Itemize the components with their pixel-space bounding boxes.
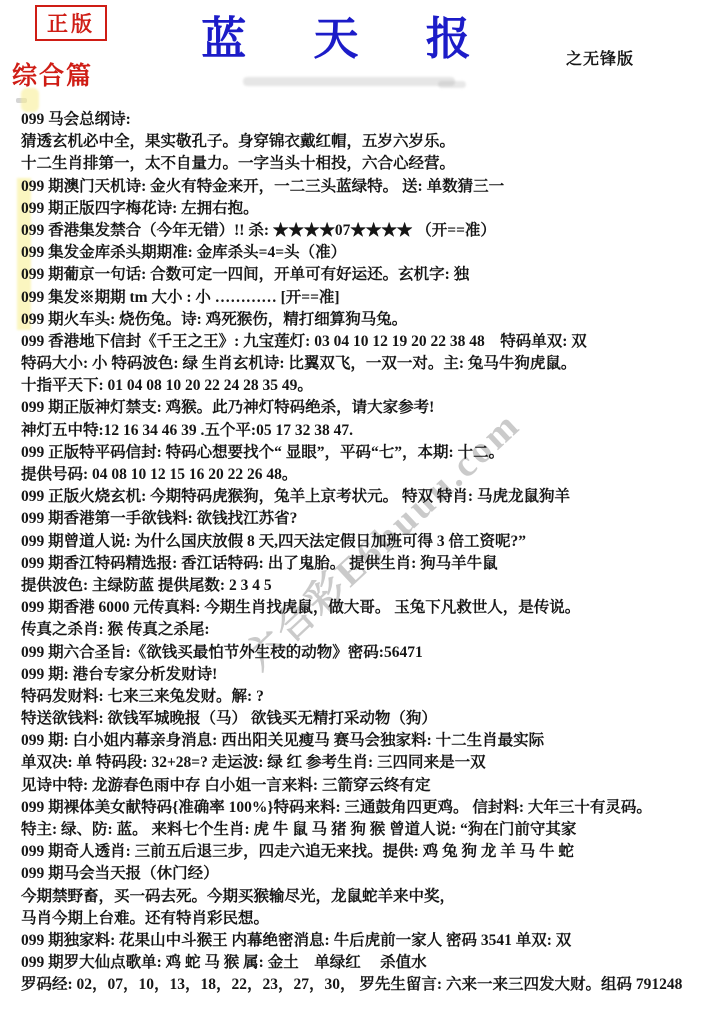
report-page: 六合彩E6huuu.com 正版 蓝 天 报 之无锋版 综合篇 099 马会总纲… [0,0,728,1012]
report-line: 099 香港地下信封《千王之王》: 九宝莲灯: 03 04 10 12 19 2… [0,331,728,353]
report-line: 099 马会总纲诗: [0,109,728,131]
report-line: 神灯五中特:12 16 34 46 39 .五个平:05 17 32 38 47… [0,420,728,442]
scan-smudge [438,81,466,88]
report-line: 今期禁野畜，买一码去死。今期买猴输尽光，龙鼠蛇羊来中奖， [0,886,728,908]
report-line: 099 正版特平码信封: 特码心想要找个“ 显眼”，平码“七”，本期: 十二。 [0,442,728,464]
report-line: 见诗中特: 龙游春色雨中存 白小姐一言来料: 三箭穿云终有定 [0,775,728,797]
report-line: 罗码经: 02，07，10，13，18，22，23，27，30， 罗先生留言: … [0,974,728,996]
report-line: 单双决: 单 特码段: 32+28=? 走运波: 绿 红 参考生肖: 三四同来是… [0,752,728,774]
report-line: 特码大小: 小 特码波色: 绿 生肖玄机诗: 比翼双飞，一双一对。主: 兔马牛狗… [0,353,728,375]
report-line: 099 集发金库杀头期期准: 金库杀头=4=头（准） [0,242,728,264]
report-line: 特码发财料: 七来三来兔发财。解: ? [0,686,728,708]
report-line: 099 期: 白小姐内幕亲身消息: 西出阳关见瘦马 赛马会独家料: 十二生肖最实… [0,730,728,752]
report-line: 099 期奇人透肖: 三前五后退三步，四走六追无来找。提供: 鸡 兔 狗 龙 羊… [0,841,728,863]
report-line: 099 期香港第一手欲钱料: 欲钱找江苏省? [0,508,728,530]
report-line: 099 期曾道人说: 为什么国庆放假 8 天,四天法定假日加班可得 3 倍工资呢… [0,531,728,553]
edition-label: 之无锋版 [566,46,634,69]
report-line: 099 期澳门天机诗: 金火有特金来开，一二三头蓝绿特。 送: 单数猜三一 [0,176,728,198]
report-line: 099 正版火烧玄机: 今期特码虎猴狗，兔羊上京考状元。 特双 特肖: 马虎龙鼠… [0,486,728,508]
report-line: 099 香港集发禁合（今年无错）!! 杀: ★★★★07★★★★ （开==准） [0,220,728,242]
report-line: 099 集发※期期 tm 大小 : 小 ………… [开==准] [0,287,728,309]
report-line: 099 期正版神灯禁支: 鸡猴。此乃神灯特码绝杀，请大家参考! [0,397,728,419]
report-line: 猜透玄机必中全，果实敬孔子。身穿锦衣戴红帽，五岁六岁乐。 [0,131,728,153]
report-line: 099 期马会当天报（休门经） [0,863,728,885]
report-line: 099 期: 港台专家分析发财诗! [0,664,728,686]
report-line: 马肖今期上台难。还有特肖彩民想。 [0,908,728,930]
report-line: 提供波色: 主绿防蓝 提供尾数: 2 3 4 5 [0,575,728,597]
report-line: 099 期葡京一句话: 合数可定一四间，开单可有好运还。玄机字: 独 [0,264,728,286]
report-line: 十指平天下: 01 04 08 10 20 22 24 28 35 49。 [0,375,728,397]
report-line: 提供号码: 04 08 10 12 15 16 20 22 26 48。 [0,464,728,486]
report-line: 099 期罗大仙点歌单: 鸡 蛇 马 猴 属: 金土 单绿红 杀值水 [0,952,728,974]
report-line: 099 期火车头: 烧伤兔。诗: 鸡死猴伤，精打细算狗马兔。 [0,309,728,331]
report-line: 特主: 绿、防: 蓝。 来料七个生肖: 虎 牛 鼠 马 猪 狗 猴 曾道人说: … [0,819,728,841]
report-line: 099 期香江特码精选报: 香江话特码: 出了鬼胎。 提供生肖: 狗马羊牛鼠 [0,553,728,575]
report-line: 099 期裸体美女献特码{准确率 100%}特码来料: 三通鼓角四更鸡。 信封料… [0,797,728,819]
section-heading: 综合篇 [12,56,93,92]
report-line: 传真之杀肖: 猴 传真之杀尾: [0,619,728,641]
report-line: 特送欲钱料: 欲钱军城晚报（马） 欲钱买无精打采动物（狗） [0,708,728,730]
report-body: 099 马会总纲诗: 猜透玄机必中全，果实敬孔子。身穿锦衣戴红帽，五岁六岁乐。 … [0,109,728,997]
report-line: 099 期正版四字梅花诗: 左拥右抱。 [0,198,728,220]
report-line: 099 期六合圣旨:《欲钱买最怕节外生枝的动物》密码:56471 [0,642,728,664]
report-line: 十二生肖排第一，太不自量力。一字当头十相投，六合心经营。 [0,153,728,175]
report-line: 099 期独家料: 花果山中斗猴王 内幕绝密消息: 牛后虎前一家人 密码 354… [0,930,728,952]
report-line: 099 期香港 6000 元传真料: 今期生肖找虎鼠，做大哥。 玉兔下凡救世人，… [0,597,728,619]
scan-smudge [243,77,455,86]
